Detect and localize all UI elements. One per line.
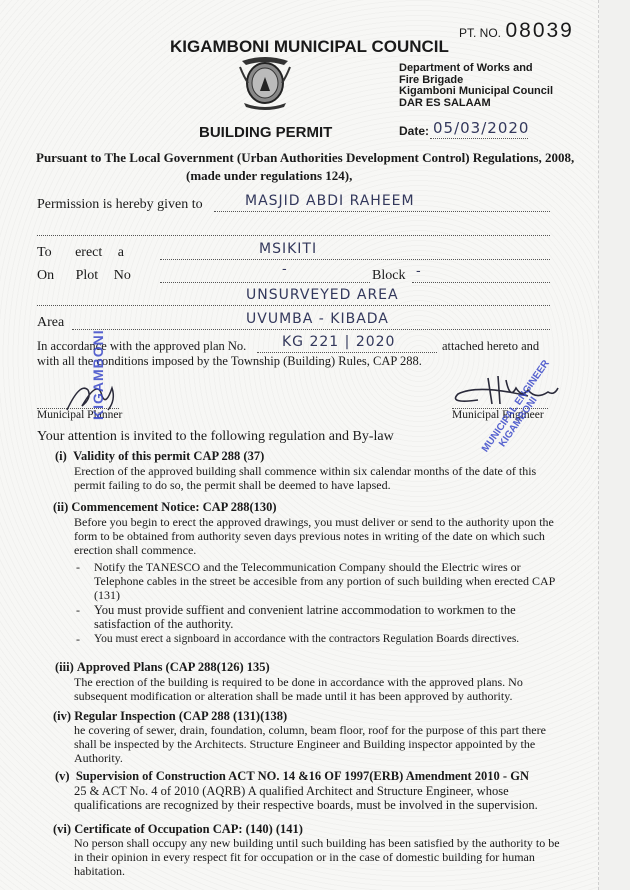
area-value: UVUMBA - KIBADA: [246, 311, 389, 327]
regulations-intro: Your attention is invited to the followi…: [37, 429, 394, 445]
bullet-item: You must provide suffient and convenient…: [94, 603, 560, 631]
plan-prefix: In accordance with the approved plan No.: [37, 339, 246, 354]
department-block: Department of Works and Fire Brigade Kig…: [399, 63, 553, 109]
council-name: KIGAMBONI MUNICIPAL COUNCIL: [170, 37, 449, 57]
permit-number-label: PT. NO.: [459, 26, 501, 40]
regulation-item-i: (i) Validity of this permit CAP 288 (37): [55, 449, 264, 464]
block-label: Block: [372, 268, 405, 284]
council-crest-icon: [238, 53, 292, 111]
area-label: Area: [37, 315, 64, 331]
permission-value: MASJID ABDI RAHEEM: [245, 193, 415, 209]
plan-suffix: attached hereto and: [442, 339, 539, 354]
regulation-item-iii: (iii) Approved Plans (CAP 288(126) 135): [55, 660, 270, 675]
department-line: DAR ES SALAAM: [399, 98, 553, 110]
regulation-item-vi: (vi) Certificate of Occupation CAP: (140…: [53, 822, 303, 837]
bullet-item: You must erect a signboard in accordance…: [94, 632, 560, 646]
regulation-text: Erection of the approved building shall …: [74, 464, 560, 492]
regulation-item-ii: (ii) Commencement Notice: CAP 288(130): [53, 500, 277, 515]
regulation-item-iv: (iv) Regular Inspection (CAP 288 (131)(1…: [53, 709, 287, 724]
permit-number-value: 08039: [505, 19, 573, 42]
block-value: -: [416, 264, 422, 279]
pursuant-line: Pursuant to The Local Government (Urban …: [36, 150, 574, 166]
plot-value: -: [282, 262, 288, 277]
plan-number-value: KG 221 | 2020: [282, 334, 395, 350]
regulation-text: The erection of the building is required…: [74, 675, 564, 703]
department-line: Kigamboni Municipal Council: [399, 86, 553, 98]
plot-label: On Plot No: [37, 268, 131, 284]
department-line: Department of Works and: [399, 63, 553, 75]
date-value: 05/03/2020: [433, 119, 529, 137]
erect-value: MSIKITI: [259, 241, 317, 257]
regulation-text: he covering of sewer, drain, foundation,…: [74, 723, 564, 765]
regulation-text: 25 & ACT No. 4 of 2010 (AQRB) A qualifie…: [74, 784, 564, 812]
permission-label: Permission is hereby given to: [37, 197, 203, 213]
permit-document: PT. NO. 08039 KIGAMBONI MUNICIPAL COUNCI…: [0, 0, 599, 890]
planner-stamp: KIGAMBONI: [90, 329, 106, 420]
regulation-text: No person shall occupy any new building …: [74, 836, 564, 878]
erect-label: To erect a: [37, 245, 124, 261]
bullet-item: Notify the TANESCO and the Telecommunica…: [94, 560, 560, 602]
permit-number: PT. NO. 08039: [459, 19, 574, 43]
location-value: UNSURVEYED AREA: [246, 287, 399, 303]
regulation-text: Before you begin to erect the approved d…: [74, 515, 564, 557]
date-label: Date:: [399, 124, 429, 138]
planner-label: Municipal Planner: [37, 409, 122, 421]
document-title: BUILDING PERMIT: [199, 124, 332, 141]
pursuant-regulation: (made under regulations 124),: [186, 168, 352, 184]
regulation-item-v: (v) Supervision of Construction ACT NO. …: [55, 769, 529, 784]
